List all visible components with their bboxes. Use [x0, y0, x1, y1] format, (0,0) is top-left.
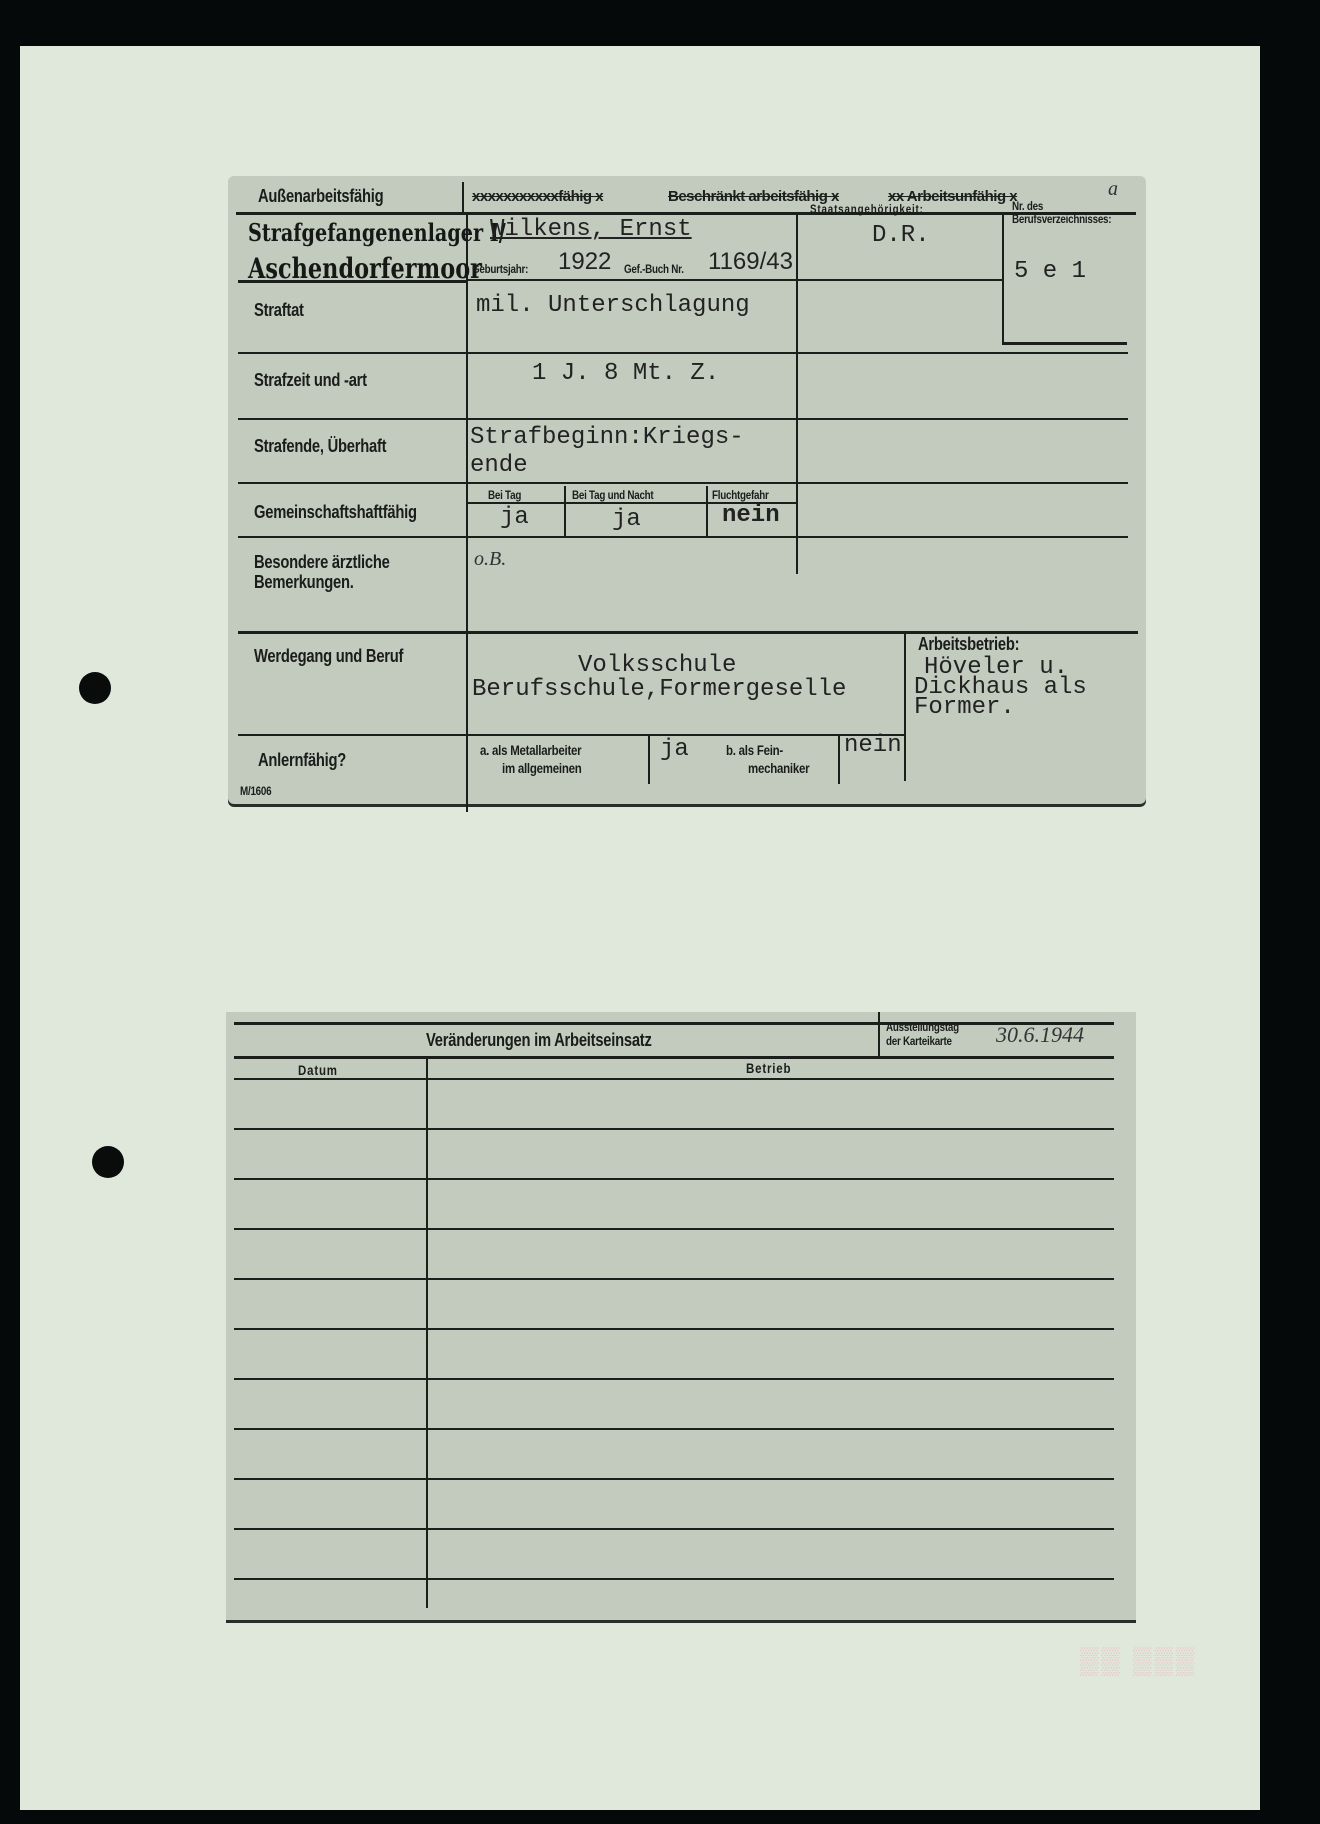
issue-date-label-line1: Ausstellungstag	[886, 1020, 959, 1034]
medical-label-line2: Bemerkungen.	[254, 572, 354, 593]
offense-value: mil. Unterschlagung	[476, 292, 750, 319]
camp-stamp-line1: Strafgefangenenlager I/	[248, 218, 506, 247]
book-no-label: Gef.-Buch Nr.	[624, 262, 684, 276]
prisoner-index-card-back: Veränderungen im Arbeitseinsatz Ausstell…	[226, 1012, 1136, 1623]
by-day-label: Bei Tag	[488, 488, 521, 502]
changes-title: Veränderungen im Arbeitseinsatz	[426, 1030, 652, 1051]
struck-option-1: xxxxxxxxxxxfähig x	[472, 188, 603, 205]
issue-date: 30.6.1944	[996, 1022, 1084, 1048]
career-line1: Volksschule	[578, 652, 736, 679]
punch-hole-top	[79, 672, 111, 704]
column-betrieb: Betrieb	[746, 1060, 791, 1076]
table-row-rule	[234, 1578, 1114, 1580]
occupation-index: 5 e 1	[1014, 258, 1086, 285]
table-row-rule	[234, 1228, 1114, 1230]
career-line2: Berufsschule,Formergeselle	[472, 676, 846, 703]
occupation-index-label: Nr. des Berufsverzeichnisses:	[1012, 200, 1127, 226]
day-night-label: Bei Tag und Nacht	[572, 488, 653, 502]
table-row-rule	[234, 1428, 1114, 1430]
table-row-rule	[234, 1478, 1114, 1480]
metal-worker-label-line2: im allgemeinen	[502, 760, 582, 776]
nationality-label: Staatsangehörigkeit:	[810, 202, 924, 216]
by-day-value: ja	[500, 504, 529, 531]
metal-worker-label-line1: a. als Metallarbeiter	[480, 742, 581, 758]
medical-label-line1: Besondere ärztliche	[254, 552, 390, 573]
birth-year-label: Geburtsjahr:	[472, 262, 528, 276]
escape-risk-value: nein	[722, 502, 780, 529]
table-row-rule	[234, 1128, 1114, 1130]
workplace-line3: Former.	[914, 694, 1015, 721]
punch-hole-bottom	[92, 1146, 124, 1178]
table-row-rule	[234, 1328, 1114, 1330]
birth-year: 1922	[558, 248, 611, 276]
sentence-end-label: Strafende, Überhaft	[254, 436, 386, 457]
offense-label: Straftat	[254, 300, 304, 321]
prisoner-name: Wilkens, Ernst	[490, 216, 692, 243]
table-row-rule	[234, 1178, 1114, 1180]
column-datum: Datum	[298, 1062, 338, 1078]
table-row-rule	[234, 1528, 1114, 1530]
communal-detention-label: Gemeinschaftshaftfähig	[254, 502, 417, 523]
sentence-end-line1: Strafbeginn:Kriegs-	[470, 424, 744, 451]
camp-stamp-line2: Aschendorfermoor	[248, 252, 482, 285]
sentence-end-line2: ende	[470, 452, 528, 479]
table-row-rule	[234, 1278, 1114, 1280]
trainable-label: Anlernfähig?	[258, 750, 346, 771]
table-row-rule	[234, 1378, 1114, 1380]
career-label: Werdegang und Beruf	[254, 646, 403, 667]
sentence-label: Strafzeit und -art	[254, 370, 367, 391]
precision-mechanic-label-line1: b. als Fein-	[726, 742, 783, 758]
book-number: 1169/43	[708, 248, 793, 276]
outside-work-label: Außenarbeitsfähig	[258, 186, 383, 207]
precision-mechanic-value: nein	[844, 732, 902, 759]
day-night-value: ja	[612, 506, 641, 533]
workplace-label: Arbeitsbetrieb:	[918, 634, 1019, 655]
form-number: M/1606	[240, 784, 271, 798]
faded-archive-stamp: ▒▒ ▒▒▒	[1080, 1645, 1197, 1676]
prisoner-index-card-front: Außenarbeitsfähig xxxxxxxxxxxfähig x Bes…	[228, 176, 1146, 804]
metal-worker-value: ja	[660, 736, 689, 763]
sentence-value: 1 J. 8 Mt. Z.	[532, 360, 719, 387]
escape-risk-label: Fluchtgefahr	[712, 488, 769, 502]
nationality: D.R.	[872, 222, 930, 249]
medical-value: o.B.	[474, 548, 506, 571]
precision-mechanic-label-line2: mechaniker	[748, 760, 809, 776]
handwritten-mark: a	[1108, 178, 1118, 201]
issue-date-label-line2: der Karteikarte	[886, 1034, 952, 1048]
